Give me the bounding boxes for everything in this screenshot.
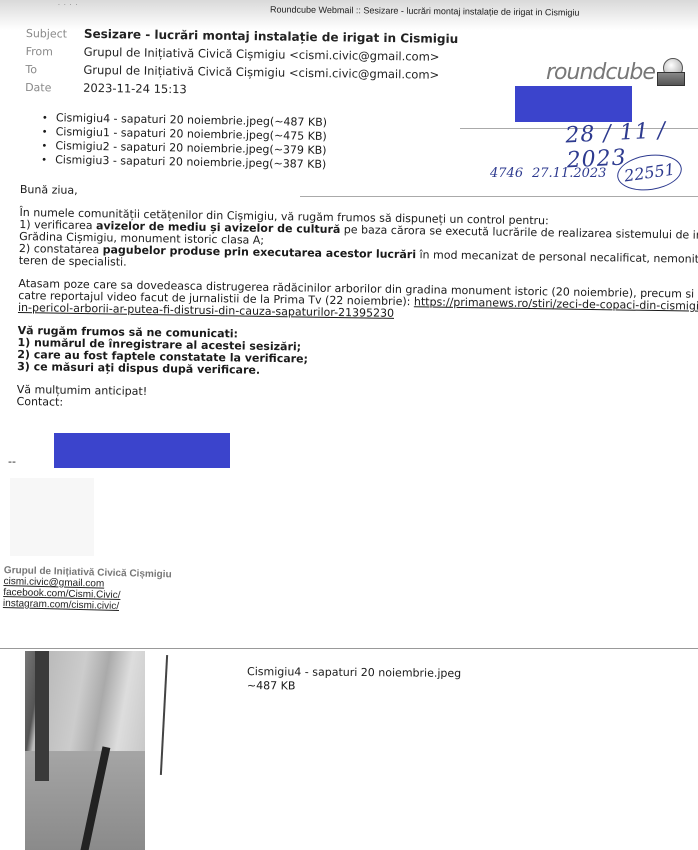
- date-label: Date: [25, 81, 83, 95]
- image-edge-line: [160, 655, 168, 775]
- to-label: To: [25, 63, 83, 77]
- attachment-list: Cismigiu4 - sapaturi 20 noiembrie.jpeg(~…: [41, 111, 327, 172]
- date-value: 2023-11-24 15:13: [83, 81, 187, 96]
- preview-size: ~487 KB: [247, 679, 461, 695]
- signature: Grupul de Inițiativă Civică Cișmigiu cis…: [3, 565, 172, 613]
- signature-separator: --: [8, 455, 16, 468]
- paragraph-questions: Vă rugăm frumos să ne comunicati: 1) num…: [17, 325, 698, 384]
- redaction-block: [515, 86, 632, 122]
- roundcube-cube-icon: [657, 58, 683, 86]
- paragraph-attachments: Atasam poze care sa dovedeasca distruger…: [18, 278, 698, 325]
- redaction-block: [54, 433, 230, 468]
- scan-mark: · · · ·: [58, 2, 78, 9]
- message-body: Bună ziua, În numele comunității cetățen…: [16, 184, 698, 430]
- divider: [0, 648, 698, 649]
- signature-logo: [10, 478, 94, 556]
- subject-label: Subject: [26, 27, 84, 41]
- attachment-preview-caption: Cismigiu4 - sapaturi 20 noiembrie.jpeg ~…: [247, 665, 461, 695]
- message-header: Subject Sesizare - lucrări montaj instal…: [25, 26, 458, 104]
- greeting: Bună ziua,: [20, 184, 698, 207]
- attachment-preview-image[interactable]: [25, 651, 145, 850]
- logo-text: roundcube: [546, 60, 655, 85]
- paragraph-request: În numele comunității cetățenilor din Ci…: [19, 207, 698, 278]
- from-label: From: [26, 45, 84, 59]
- roundcube-logo: roundcube: [546, 58, 683, 86]
- handwritten-received-date: 27.11.2023: [532, 166, 606, 181]
- paragraph-thanks: Vă mulțumim anticipat! Contact:: [16, 384, 698, 419]
- handwritten-reg-number: 4746: [490, 166, 523, 181]
